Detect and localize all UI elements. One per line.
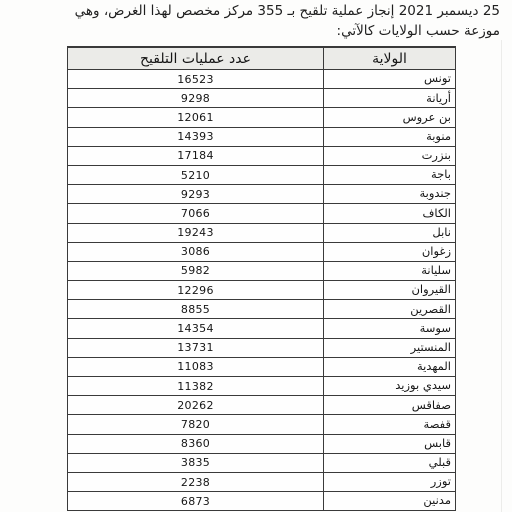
table-row: نابل19243 bbox=[68, 223, 456, 242]
governorate-cell: منوبة bbox=[324, 127, 456, 146]
table-row: زغوان3086 bbox=[68, 242, 456, 261]
count-cell: 11083 bbox=[68, 357, 324, 376]
governorate-cell: جندوبة bbox=[324, 185, 456, 204]
table-row: قابس8360 bbox=[68, 434, 456, 453]
table-row: المنستير13731 bbox=[68, 338, 456, 357]
table-row: المهدية11083 bbox=[68, 357, 456, 376]
governorate-cell: قفصة bbox=[324, 415, 456, 434]
governorate-cell: سليانة bbox=[324, 261, 456, 280]
count-cell: 6873 bbox=[68, 492, 324, 511]
count-cell: 16523 bbox=[68, 70, 324, 89]
count-cell: 8360 bbox=[68, 434, 324, 453]
governorate-cell: صفاقس bbox=[324, 396, 456, 415]
table-row: سوسة14354 bbox=[68, 319, 456, 338]
table-row: تونس16523 bbox=[68, 70, 456, 89]
table-row: منوبة14393 bbox=[68, 127, 456, 146]
page-edge-line bbox=[501, 40, 502, 512]
count-cell: 14393 bbox=[68, 127, 324, 146]
count-cell: 2238 bbox=[68, 472, 324, 491]
governorate-cell: المهدية bbox=[324, 357, 456, 376]
col-header-vaccination-count: عدد عمليات التلقيح bbox=[68, 47, 324, 70]
vaccination-table: الولاية عدد عمليات التلقيح تونس16523أريا… bbox=[67, 46, 456, 511]
count-cell: 14354 bbox=[68, 319, 324, 338]
table-row: الكاف7066 bbox=[68, 204, 456, 223]
governorate-cell: بن عروس bbox=[324, 108, 456, 127]
table-row: مدنين6873 bbox=[68, 492, 456, 511]
table-row: سيدي بوزيد11382 bbox=[68, 377, 456, 396]
governorate-cell: بنزرت bbox=[324, 146, 456, 165]
table-row: قبلي3835 bbox=[68, 453, 456, 472]
governorate-cell: باجة bbox=[324, 165, 456, 184]
table-row: القيروان12296 bbox=[68, 281, 456, 300]
table-row: قفصة7820 bbox=[68, 415, 456, 434]
table-row: توزر2238 bbox=[68, 472, 456, 491]
count-cell: 9293 bbox=[68, 185, 324, 204]
governorate-cell: توزر bbox=[324, 472, 456, 491]
governorate-cell: سيدي بوزيد bbox=[324, 377, 456, 396]
governorate-cell: تونس bbox=[324, 70, 456, 89]
count-cell: 12061 bbox=[68, 108, 324, 127]
governorate-cell: قابس bbox=[324, 434, 456, 453]
count-cell: 5210 bbox=[68, 165, 324, 184]
governorate-cell: زغوان bbox=[324, 242, 456, 261]
governorate-cell: الكاف bbox=[324, 204, 456, 223]
count-cell: 17184 bbox=[68, 146, 324, 165]
table-row: سليانة5982 bbox=[68, 261, 456, 280]
governorate-cell: نابل bbox=[324, 223, 456, 242]
table-row: القصرين8855 bbox=[68, 300, 456, 319]
intro-line-1: 25 ديسمبر 2021 إنجاز عملية تلقيح بـ 355 … bbox=[28, 1, 500, 21]
governorate-cell: مدنين bbox=[324, 492, 456, 511]
count-cell: 13731 bbox=[68, 338, 324, 357]
governorate-cell: المنستير bbox=[324, 338, 456, 357]
count-cell: 7820 bbox=[68, 415, 324, 434]
count-cell: 7066 bbox=[68, 204, 324, 223]
governorate-cell: القصرين bbox=[324, 300, 456, 319]
count-cell: 8855 bbox=[68, 300, 324, 319]
governorate-cell: سوسة bbox=[324, 319, 456, 338]
count-cell: 12296 bbox=[68, 281, 324, 300]
intro-paragraph: 25 ديسمبر 2021 إنجاز عملية تلقيح بـ 355 … bbox=[28, 1, 500, 41]
table-body: تونس16523أريانة9298بن عروس12061منوبة1439… bbox=[68, 70, 456, 511]
count-cell: 3086 bbox=[68, 242, 324, 261]
count-cell: 20262 bbox=[68, 396, 324, 415]
count-cell: 11382 bbox=[68, 377, 324, 396]
table-header-row: الولاية عدد عمليات التلقيح bbox=[68, 47, 456, 70]
count-cell: 9298 bbox=[68, 89, 324, 108]
table-row: جندوبة9293 bbox=[68, 185, 456, 204]
table-row: أريانة9298 bbox=[68, 89, 456, 108]
governorate-cell: أريانة bbox=[324, 89, 456, 108]
table-row: باجة5210 bbox=[68, 165, 456, 184]
count-cell: 3835 bbox=[68, 453, 324, 472]
governorate-cell: قبلي bbox=[324, 453, 456, 472]
intro-line-2: موزعة حسب الولايات كالآتي: bbox=[28, 21, 500, 41]
col-header-governorate: الولاية bbox=[324, 47, 456, 70]
governorate-cell: القيروان bbox=[324, 281, 456, 300]
table-row: بن عروس12061 bbox=[68, 108, 456, 127]
table-row: بنزرت17184 bbox=[68, 146, 456, 165]
count-cell: 5982 bbox=[68, 261, 324, 280]
count-cell: 19243 bbox=[68, 223, 324, 242]
table-row: صفاقس20262 bbox=[68, 396, 456, 415]
